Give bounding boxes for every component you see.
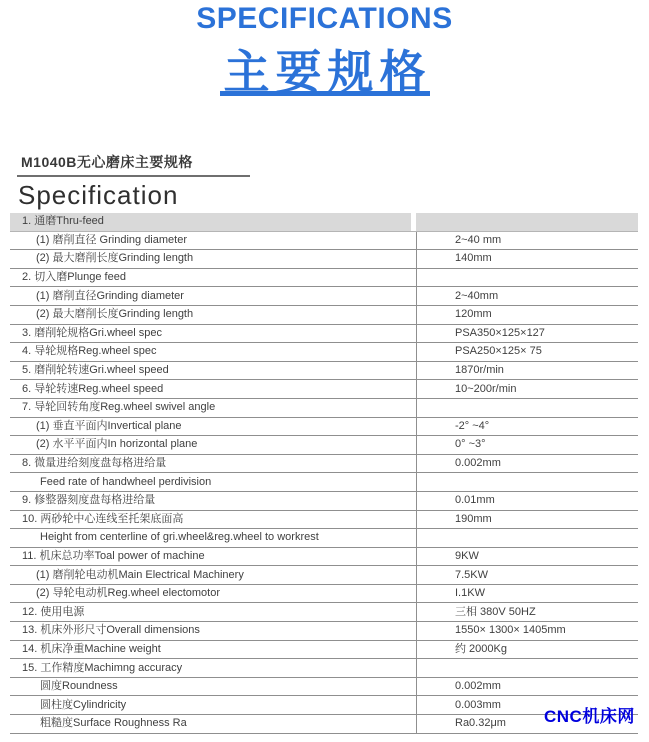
table-row: 1. 通磨Thru-feed — [10, 213, 638, 232]
page-title-english: SPECIFICATIONS — [0, 2, 649, 36]
spec-label: 10. 两砂轮中心连线至托架底面高 — [10, 511, 416, 529]
watermark-cnc: CNC机床网 — [544, 702, 635, 727]
table-row: Height from centerline of gri.wheel&reg.… — [10, 529, 638, 548]
spec-label: 圆度Roundness — [10, 678, 416, 696]
table-row: 13. 机床外形尺寸Overall dimensions1550× 1300× … — [10, 622, 638, 641]
table-row: 11. 机床总功率Toal power of machine9KW — [10, 548, 638, 567]
spec-value: PSA350×125×127 — [416, 325, 638, 343]
table-row: 6. 导轮转速Reg.wheel speed10~200r/min — [10, 380, 638, 399]
spec-label: (1) 磨削直径Grinding diameter — [10, 287, 416, 305]
spec-value: -2° ~4° — [416, 418, 638, 436]
spec-table: 1. 通磨Thru-feed(1) 磨削直径 Grinding diameter… — [10, 213, 638, 734]
table-row: (1) 磨削直径 Grinding diameter2~40 mm — [10, 232, 638, 251]
spec-value — [416, 213, 638, 231]
spec-label: 8. 微量进给刻度盘每格进给量 — [10, 455, 416, 473]
table-row: 4. 导轮规格Reg.wheel specPSA250×125× 75 — [10, 343, 638, 362]
spec-value: 10~200r/min — [416, 380, 638, 398]
table-row: 9. 修整器刻度盘每格进给量0.01mm — [10, 492, 638, 511]
spec-value: 1870r/min — [416, 362, 638, 380]
spec-value: 0.002mm — [416, 678, 638, 696]
spec-label: 11. 机床总功率Toal power of machine — [10, 548, 416, 566]
table-row: (1) 磨削直径Grinding diameter2~40mm — [10, 287, 638, 306]
spec-value: 2~40 mm — [416, 232, 638, 250]
spec-value: 0.01mm — [416, 492, 638, 510]
title-underline — [220, 91, 430, 96]
spec-label: 6. 导轮转速Reg.wheel speed — [10, 380, 416, 398]
spec-label: 7. 导轮回转角度Reg.wheel swivel angle — [10, 399, 416, 417]
spec-value: 120mm — [416, 306, 638, 324]
section-heading-underline — [17, 175, 250, 177]
spec-value: 0.002mm — [416, 455, 638, 473]
table-row: 12. 使用电源三相 380V 50HZ — [10, 603, 638, 622]
spec-label: 14. 机床净重Machine weight — [10, 641, 416, 659]
spec-value: 7.5KW — [416, 566, 638, 584]
spec-label: 粗糙度Surface Roughness Ra — [10, 715, 416, 733]
spec-label: (2) 最大磨削长度Grinding length — [10, 306, 416, 324]
table-row: 8. 微量进给刻度盘每格进给量0.002mm — [10, 455, 638, 474]
table-row: (2) 最大磨削长度Grinding length120mm — [10, 306, 638, 325]
spec-value — [416, 399, 638, 417]
spec-value: 140mm — [416, 250, 638, 268]
spec-label: (1) 磨削轮电动机Main Electrical Machinery — [10, 566, 416, 584]
spec-value: 190mm — [416, 511, 638, 529]
table-row: 3. 磨削轮规格Gri.wheel specPSA350×125×127 — [10, 325, 638, 344]
table-row: 14. 机床净重Machine weight约 2000Kg — [10, 641, 638, 660]
spec-value: 约 2000Kg — [416, 641, 638, 659]
spec-value: I.1KW — [416, 585, 638, 603]
table-row: 圆度Roundness0.002mm — [10, 678, 638, 697]
spec-label: 2. 切入磨Plunge feed — [10, 269, 416, 287]
spec-label: 9. 修整器刻度盘每格进给量 — [10, 492, 416, 510]
table-row: 5. 磨削轮转速Gri.wheel speed1870r/min — [10, 362, 638, 381]
table-row: (2) 导轮电动机Reg.wheel electomotorI.1KW — [10, 585, 638, 604]
spec-label: 1. 通磨Thru-feed — [10, 213, 411, 231]
spec-label: (1) 磨削直径 Grinding diameter — [10, 232, 416, 250]
spec-label: (1) 垂直平面内Invertical plane — [10, 418, 416, 436]
spec-value — [416, 269, 638, 287]
spec-label: 15. 工作精度Machimng accuracy — [10, 659, 416, 677]
table-row: (1) 垂直平面内Invertical plane-2° ~4° — [10, 418, 638, 437]
table-row: (2) 最大磨削长度Grinding length140mm — [10, 250, 638, 269]
spec-value: 三相 380V 50HZ — [416, 603, 638, 621]
spec-label: (2) 导轮电动机Reg.wheel electomotor — [10, 585, 416, 603]
spec-label: Feed rate of handwheel perdivision — [10, 473, 416, 491]
spec-value: PSA250×125× 75 — [416, 343, 638, 361]
spec-label: Height from centerline of gri.wheel&reg.… — [10, 529, 416, 547]
specification-subheading: Specification — [18, 180, 178, 211]
table-row: 10. 两砂轮中心连线至托架底面高190mm — [10, 511, 638, 530]
spec-label: 4. 导轮规格Reg.wheel spec — [10, 343, 416, 361]
spec-label: 圆柱度Cylindricity — [10, 696, 416, 714]
spec-value: 2~40mm — [416, 287, 638, 305]
spec-value — [416, 659, 638, 677]
table-row: (1) 磨削轮电动机Main Electrical Machinery7.5KW — [10, 566, 638, 585]
spec-label: (2) 水平平面内In horizontal plane — [10, 436, 416, 454]
table-row: (2) 水平平面内In horizontal plane0° ~3° — [10, 436, 638, 455]
spec-value — [416, 473, 638, 491]
spec-value: 0° ~3° — [416, 436, 638, 454]
spec-label: (2) 最大磨削长度Grinding length — [10, 250, 416, 268]
spec-value — [416, 529, 638, 547]
table-row: 2. 切入磨Plunge feed — [10, 269, 638, 288]
spec-value: 9KW — [416, 548, 638, 566]
spec-value: 1550× 1300× 1405mm — [416, 622, 638, 640]
spec-label: 12. 使用电源 — [10, 603, 416, 621]
section-heading: M1040B无心磨床主要规格 — [21, 152, 193, 172]
spec-label: 5. 磨削轮转速Gri.wheel speed — [10, 362, 416, 380]
spec-label: 13. 机床外形尺寸Overall dimensions — [10, 622, 416, 640]
table-row: 15. 工作精度Machimng accuracy — [10, 659, 638, 678]
table-row: Feed rate of handwheel perdivision — [10, 473, 638, 492]
table-row: 7. 导轮回转角度Reg.wheel swivel angle — [10, 399, 638, 418]
spec-label: 3. 磨削轮规格Gri.wheel spec — [10, 325, 416, 343]
